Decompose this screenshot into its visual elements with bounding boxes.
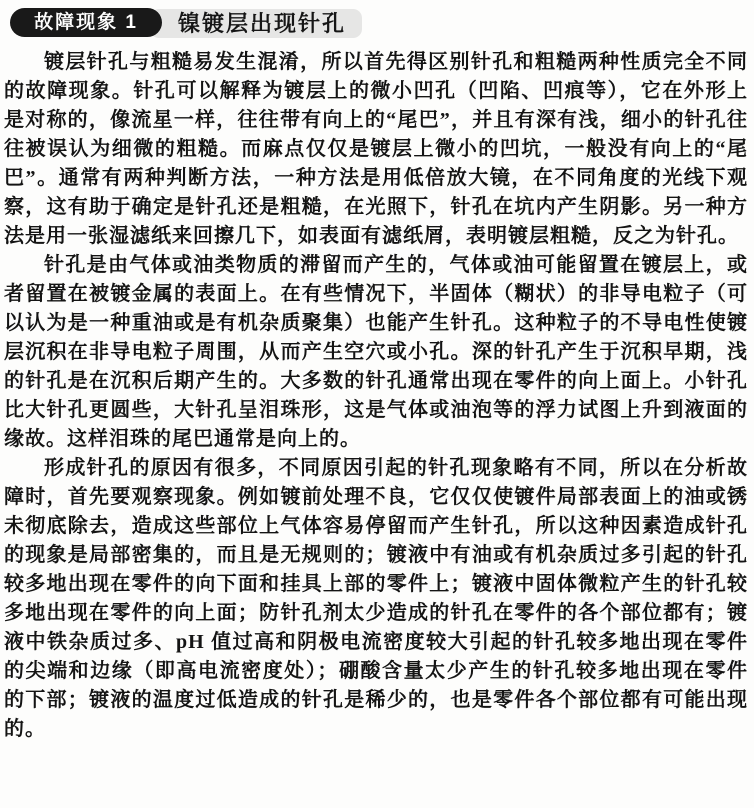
fault-description-text: 镀层针孔与粗糙易发生混淆，所以首先得区别针孔和粗糙两种性质完全不同的故障现象。针…	[4, 48, 748, 744]
fault-header: 镍镀层出现针孔 故障现象 1	[4, 6, 748, 40]
fault-number-badge: 故障现象 1	[10, 8, 162, 37]
paragraph-pinhole-analysis: 形成针孔的原因有很多，不同原因引起的针孔现象略有不同，所以在分析故障时，首先要观…	[4, 454, 748, 744]
paragraph-pinhole-causes-gas-oil: 针孔是由气体或油类物质的滞留而产生的，气体或油可能留置在镀层上，或者留置在被镀金…	[4, 251, 748, 454]
scanned-book-page: 镍镀层出现针孔 故障现象 1 镀层针孔与粗糙易发生混淆，所以首先得区别针孔和粗糙…	[0, 0, 754, 808]
paragraph-pinhole-vs-roughness: 镀层针孔与粗糙易发生混淆，所以首先得区别针孔和粗糙两种性质完全不同的故障现象。针…	[4, 48, 748, 251]
fault-title-chip: 镍镀层出现针孔	[150, 9, 362, 38]
